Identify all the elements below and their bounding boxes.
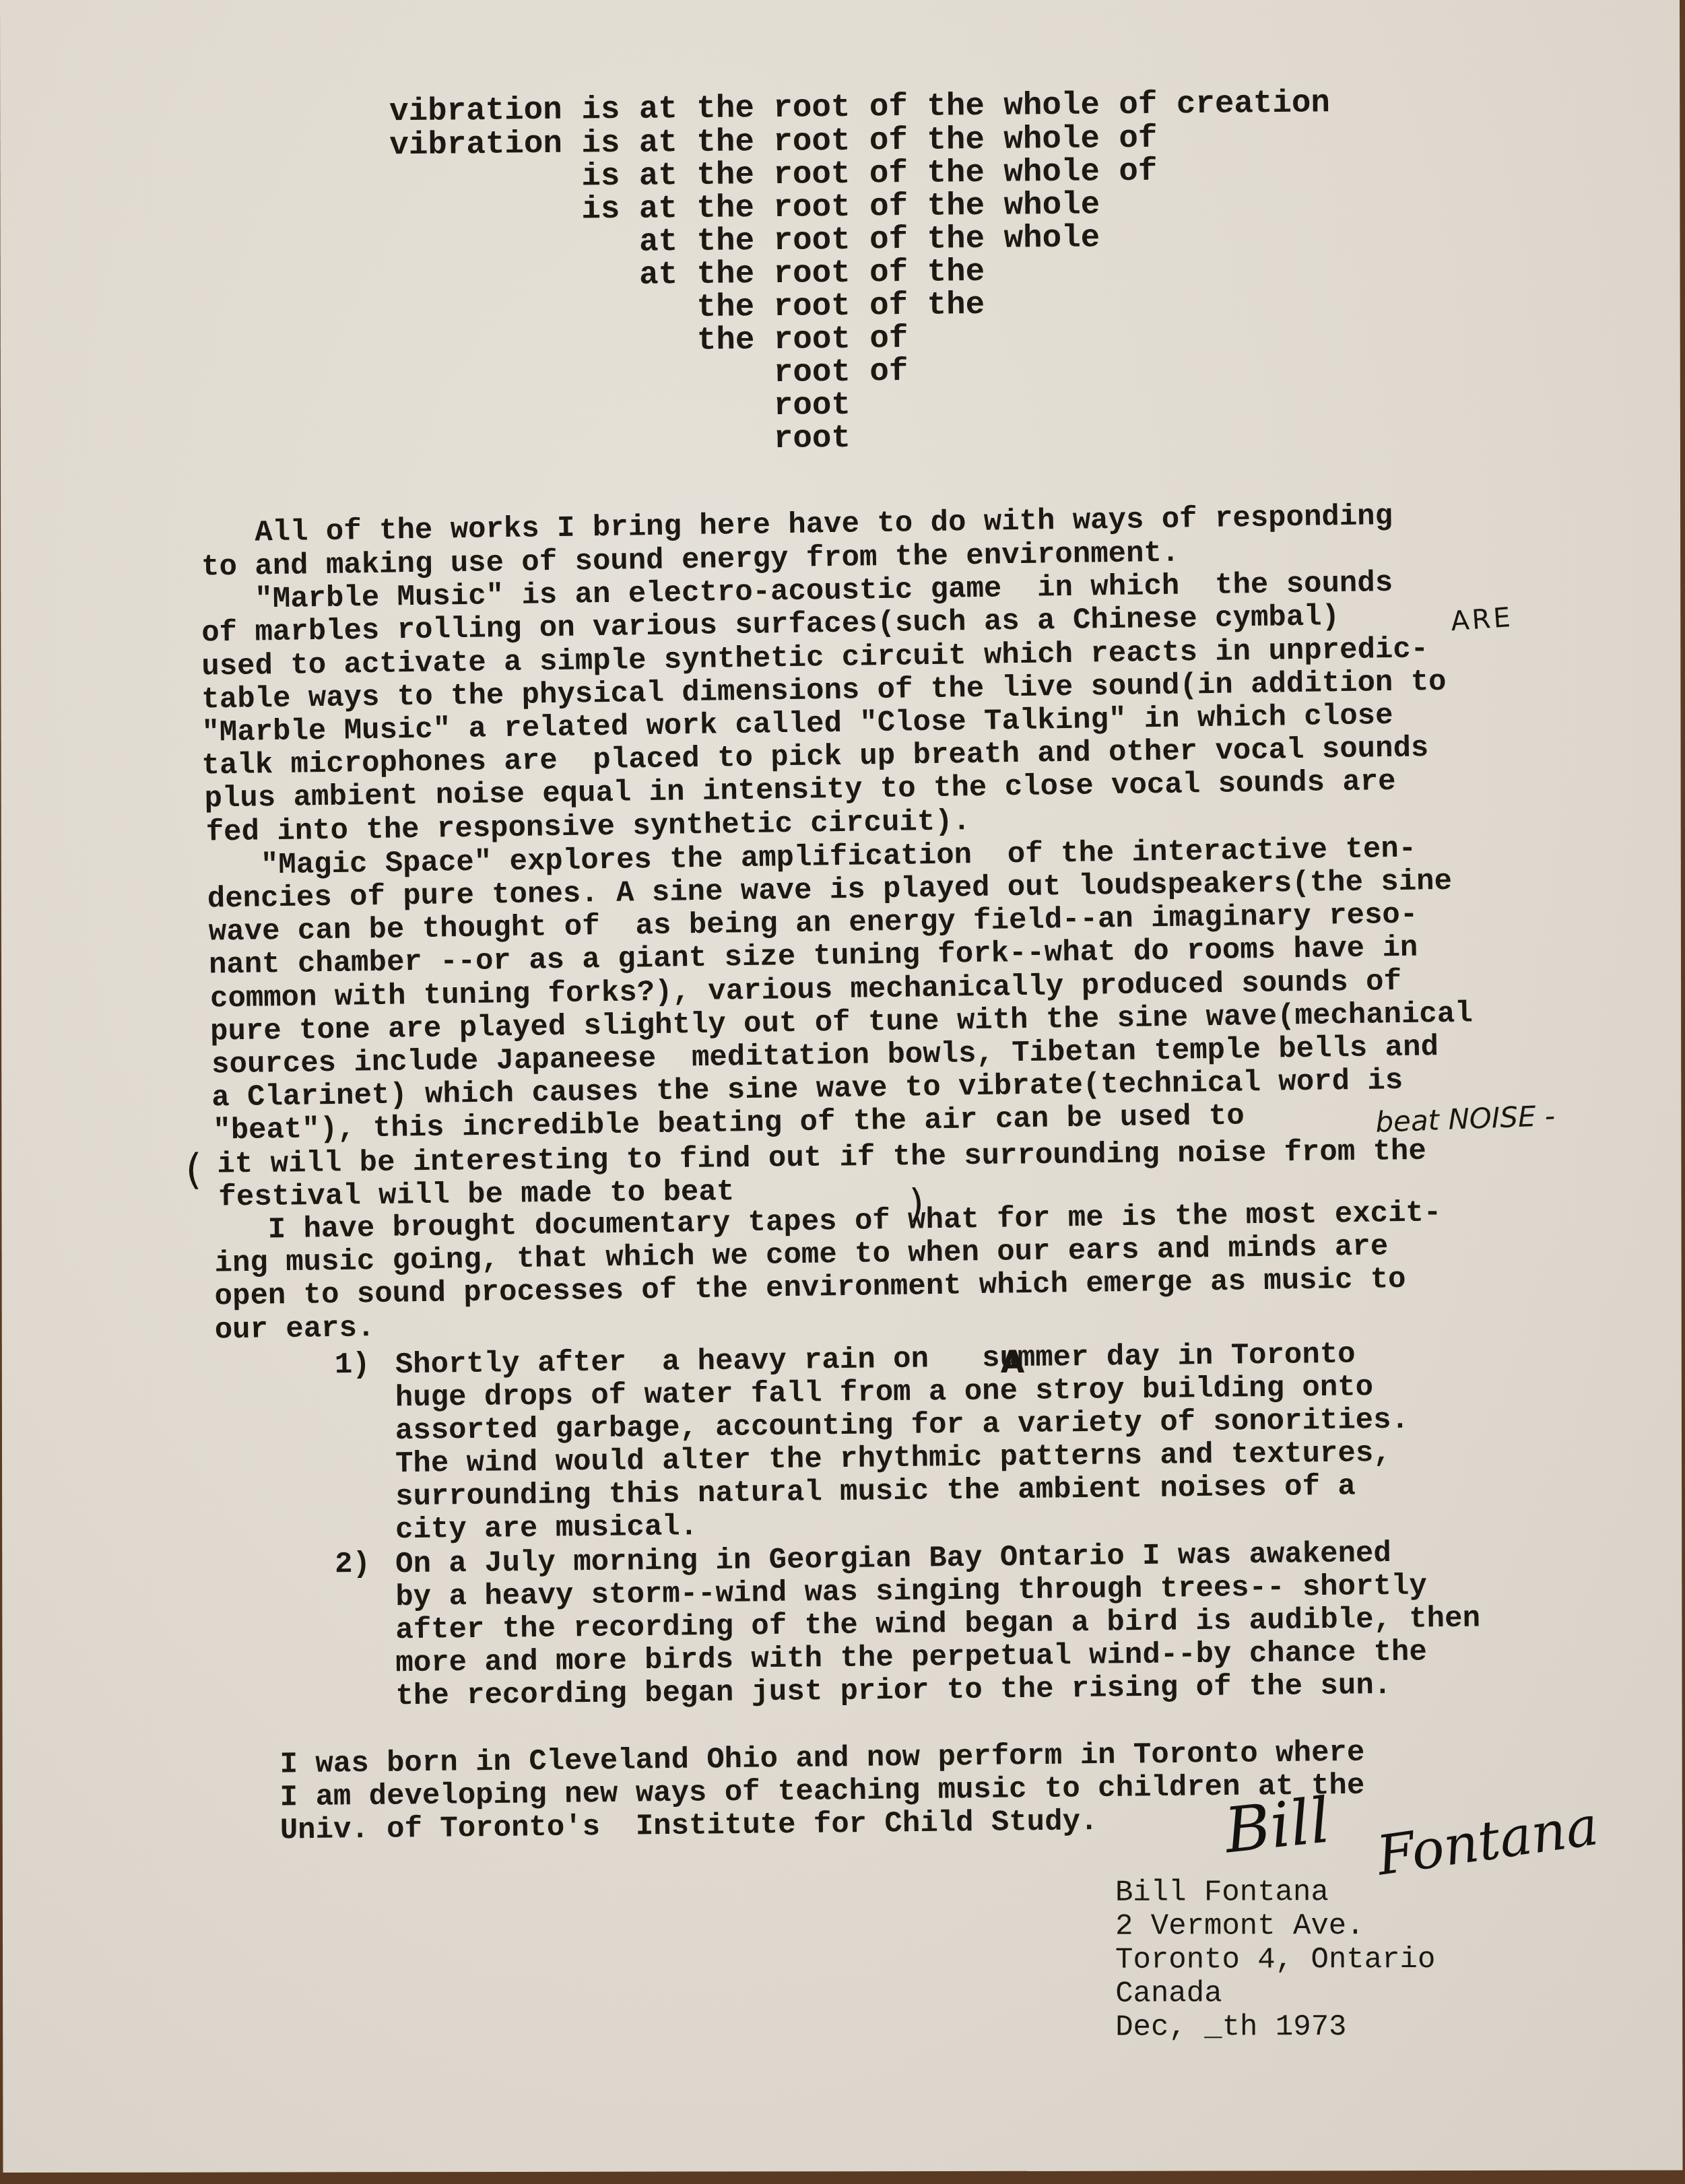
signature-first-name: Bill [1222, 1784, 1333, 1867]
handwritten-article-a: A [1001, 1344, 1025, 1380]
address-country: Canada [1115, 1977, 1222, 2010]
list-number: 2) [335, 1548, 370, 1582]
list-line: city are musical. [395, 1510, 698, 1547]
poem-line: root [390, 420, 851, 461]
handwritten-open-paren: ( [185, 1145, 201, 1194]
handwritten-close-paren: ) [908, 1181, 924, 1226]
list-number: 1) [335, 1348, 370, 1383]
address-name: Bill Fontana [1115, 1876, 1329, 1909]
letter-date: Dec, _th 1973 [1115, 2010, 1346, 2044]
typewritten-page: vibration is at the root of the whole of… [0, 0, 1683, 2173]
address-city: Toronto 4, Ontario [1115, 1943, 1435, 1977]
signature-last-name: Fontana [1373, 1794, 1602, 1887]
handwritten-are: ARE [1450, 602, 1514, 637]
body-line: our ears. [214, 1311, 374, 1347]
address-street: 2 Vermont Ave. [1115, 1909, 1364, 1944]
handwritten-beat-noise: beat NOISE - [1375, 1099, 1556, 1139]
